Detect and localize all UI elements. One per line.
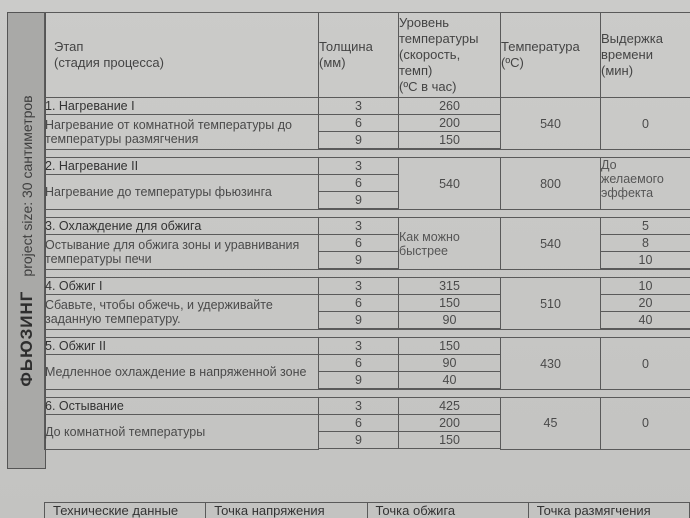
separator-cell — [601, 150, 690, 158]
separator-cell — [45, 210, 319, 218]
thickness-cell: 9 — [319, 132, 399, 149]
thickness-cell: 3 — [319, 98, 399, 115]
stage-title-row: 4. Обжиг I331551010 — [45, 278, 690, 295]
stage-title-row: 1. Нагревание I32605400 — [45, 98, 690, 115]
separator-cell — [45, 150, 319, 158]
hold-cell: 0 — [601, 398, 690, 450]
stage-title: 4. Обжиг I — [45, 278, 319, 295]
header-hold: Выдержка времени (мин) — [601, 13, 690, 98]
rate-cell: 315 — [399, 278, 501, 295]
stage-separator — [45, 270, 690, 278]
rate-cell: 150 — [399, 338, 501, 355]
stage-title: 3. Охлаждение для обжига — [45, 218, 319, 235]
thickness-cell: 9 — [319, 192, 399, 209]
rate-cell: 150 — [399, 132, 501, 149]
thickness-cell: 9 — [319, 312, 399, 329]
thickness-cell: 3 — [319, 338, 399, 355]
thickness-cell: 9 — [319, 372, 399, 389]
filler-cell — [319, 449, 399, 450]
stage-separator — [45, 210, 690, 218]
separator-cell — [319, 330, 399, 338]
rate-cell: 425 — [399, 398, 501, 415]
header-thickness: Толщина (мм) — [319, 13, 399, 98]
rate-cell: 260 — [399, 98, 501, 115]
temperature-cell: 800 — [501, 158, 601, 210]
temperature-cell: 45 — [501, 398, 601, 450]
rate-cell: 150 — [399, 295, 501, 312]
separator-cell — [399, 270, 501, 278]
thickness-cell: 6 — [319, 175, 399, 192]
separator-cell — [601, 210, 690, 218]
tech-header-row: Технические данные Точка напряжения Точк… — [45, 503, 690, 518]
stage-separator — [45, 330, 690, 338]
stage-description: До комнатной температуры — [45, 415, 319, 450]
thickness-cell: 3 — [319, 278, 399, 295]
separator-cell — [319, 390, 399, 398]
filler-cell — [399, 449, 501, 450]
stage-description: Остывание для обжига зоны и уравнивания … — [45, 235, 319, 270]
thickness-cell: 6 — [319, 115, 399, 132]
rate-cell: 90 — [399, 312, 501, 329]
rate-cell: 200 — [399, 115, 501, 132]
temperature-cell: 540 — [501, 218, 601, 270]
hold-cell: 40 — [601, 312, 690, 329]
rate-cell: 40 — [399, 372, 501, 389]
thickness-cell: 6 — [319, 295, 399, 312]
stage-description: Медленное охлаждение в напряженной зоне — [45, 355, 319, 390]
thickness-cell: 6 — [319, 355, 399, 372]
tech-header-data: Технические данные — [45, 503, 206, 518]
separator-cell — [45, 330, 319, 338]
separator-cell — [501, 150, 601, 158]
separator-cell — [399, 150, 501, 158]
stage-separator — [45, 390, 690, 398]
hold-cell: 10 — [601, 278, 690, 295]
thickness-cell: 9 — [319, 432, 399, 449]
rate-cell: 540 — [399, 158, 501, 210]
separator-cell — [319, 270, 399, 278]
thickness-cell: 3 — [319, 218, 399, 235]
hold-cell: 20 — [601, 295, 690, 312]
side-label-title: ФЬЮЗИНГ — [17, 290, 37, 386]
stage-description: Нагревание до температуры фьюзинга — [45, 175, 319, 210]
stage-title-row: 3. Охлаждение для обжига3Как можно быстр… — [45, 218, 690, 235]
header-temperature: Температура (ºC) — [501, 13, 601, 98]
temperature-cell: 430 — [501, 338, 601, 390]
rate-cell: 200 — [399, 415, 501, 432]
tech-data-table: Технические данные Точка напряжения Точк… — [44, 502, 690, 518]
hold-cell: До желаемого эффекта — [601, 158, 690, 210]
header-stage: Этап (стадия процесса) — [45, 13, 319, 98]
separator-cell — [601, 270, 690, 278]
separator-cell — [399, 390, 501, 398]
stage-title: 6. Остывание — [45, 398, 319, 415]
separator-cell — [501, 330, 601, 338]
separator-cell — [501, 390, 601, 398]
stage-title: 5. Обжиг II — [45, 338, 319, 355]
stage-description: Сбавьте, чтобы обжечь, и удерживайте зад… — [45, 295, 319, 330]
thickness-cell: 6 — [319, 235, 399, 252]
side-label: ФЬЮЗИНГ project size: 30 сантиметров — [17, 95, 37, 386]
rate-cell: Как можно быстрее — [399, 218, 501, 270]
separator-cell — [399, 210, 501, 218]
rate-cell: 90 — [399, 355, 501, 372]
stage-title: 2. Нагревание II — [45, 158, 319, 175]
document-page: ФЬЮЗИНГ project size: 30 сантиметров Эта… — [0, 0, 690, 518]
tech-header-strain-point: Точка напряжения — [206, 503, 367, 518]
separator-cell — [501, 210, 601, 218]
separator-cell — [601, 390, 690, 398]
hold-cell: 5 — [601, 218, 690, 235]
rate-cell: 150 — [399, 432, 501, 449]
separator-cell — [601, 330, 690, 338]
separator-cell — [399, 330, 501, 338]
thickness-cell: 3 — [319, 158, 399, 175]
tech-header-softening-point: Точка размягчения — [528, 503, 689, 518]
separator-cell — [501, 270, 601, 278]
thickness-cell: 3 — [319, 398, 399, 415]
stage-title-row: 6. Остывание3425450 — [45, 398, 690, 415]
hold-cell: 0 — [601, 338, 690, 390]
thickness-cell: 9 — [319, 252, 399, 269]
header-rate: Уровень температуры (скорость, темп) (ºC… — [399, 13, 501, 98]
side-label-strip: ФЬЮЗИНГ project size: 30 сантиметров — [7, 12, 46, 469]
side-label-project-size: project size: 30 сантиметров — [19, 95, 35, 276]
stage-description: Нагревание от комнатной температуры до т… — [45, 115, 319, 150]
tech-header-anneal-point: Точка обжига — [367, 503, 528, 518]
hold-cell: 0 — [601, 98, 690, 150]
stage-separator — [45, 150, 690, 158]
stage-title-row: 5. Обжиг II31504300 — [45, 338, 690, 355]
thickness-cell: 6 — [319, 415, 399, 432]
separator-cell — [45, 270, 319, 278]
table-header-row: Этап (стадия процесса) Толщина (мм) Уров… — [45, 13, 690, 98]
stage-title-row: 2. Нагревание II3540800До желаемого эффе… — [45, 158, 690, 175]
separator-cell — [319, 210, 399, 218]
temperature-cell: 510 — [501, 278, 601, 330]
stage-title: 1. Нагревание I — [45, 98, 319, 115]
separator-cell — [319, 150, 399, 158]
separator-cell — [45, 390, 319, 398]
hold-cell: 8 — [601, 235, 690, 252]
fusing-schedule-table: Этап (стадия процесса) Толщина (мм) Уров… — [44, 12, 690, 450]
hold-cell: 10 — [601, 252, 690, 269]
temperature-cell: 540 — [501, 98, 601, 150]
